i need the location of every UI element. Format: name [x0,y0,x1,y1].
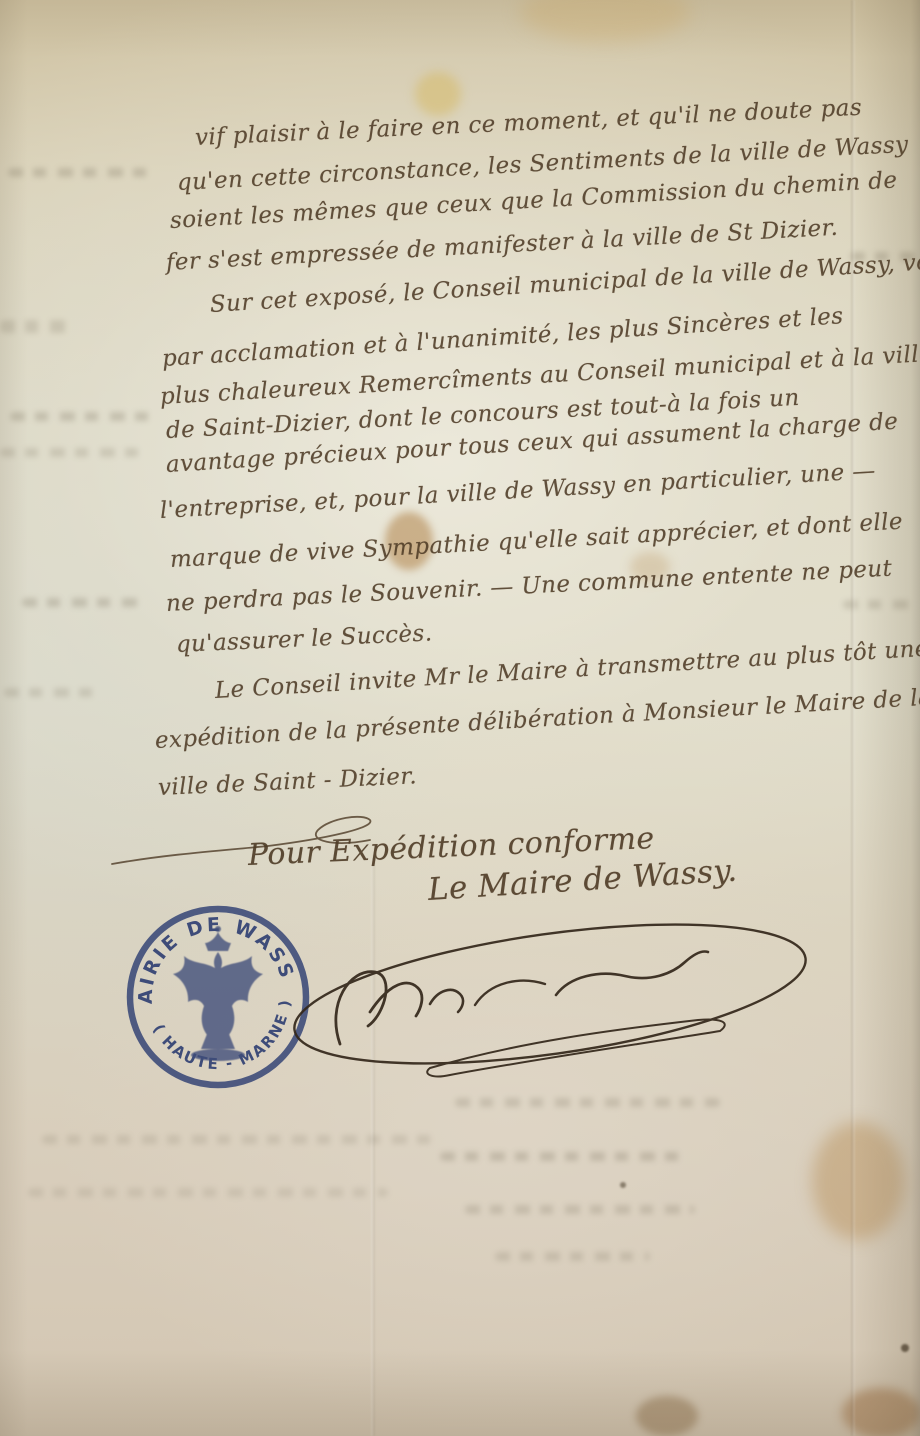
paper-stain [520,0,690,42]
fold-crease [851,0,855,1436]
paper-stain [812,1122,904,1240]
paper-stain [842,1388,920,1436]
ink-bleed-through [0,320,70,333]
imperial-eagle-icon [173,926,263,1061]
paper-stain [636,1396,698,1436]
ink-bleed-through [440,1152,690,1161]
ink-bleed-through [8,168,158,177]
ink-bleed-through [22,598,142,607]
handwritten-line: ville de Saint - Dizier. [157,763,417,801]
ink-bleed-through [42,1135,442,1144]
manuscript-page: vif plaisir à le faire en ce moment, et … [0,0,920,1436]
paper-stain [620,1182,626,1188]
ink-bleed-through [843,600,913,609]
ink-bleed-through [0,448,140,457]
ink-bleed-through [495,1252,650,1261]
handwritten-line: qu'assurer le Succès. [175,620,433,658]
ink-bleed-through [465,1205,695,1214]
paper-stain [901,1344,909,1352]
ink-bleed-through [10,412,160,421]
ink-bleed-through [28,1188,388,1197]
signature-flourish [278,892,828,1102]
ink-bleed-through [4,688,104,697]
pen-flourish [108,812,418,878]
paper-stain [415,72,461,116]
